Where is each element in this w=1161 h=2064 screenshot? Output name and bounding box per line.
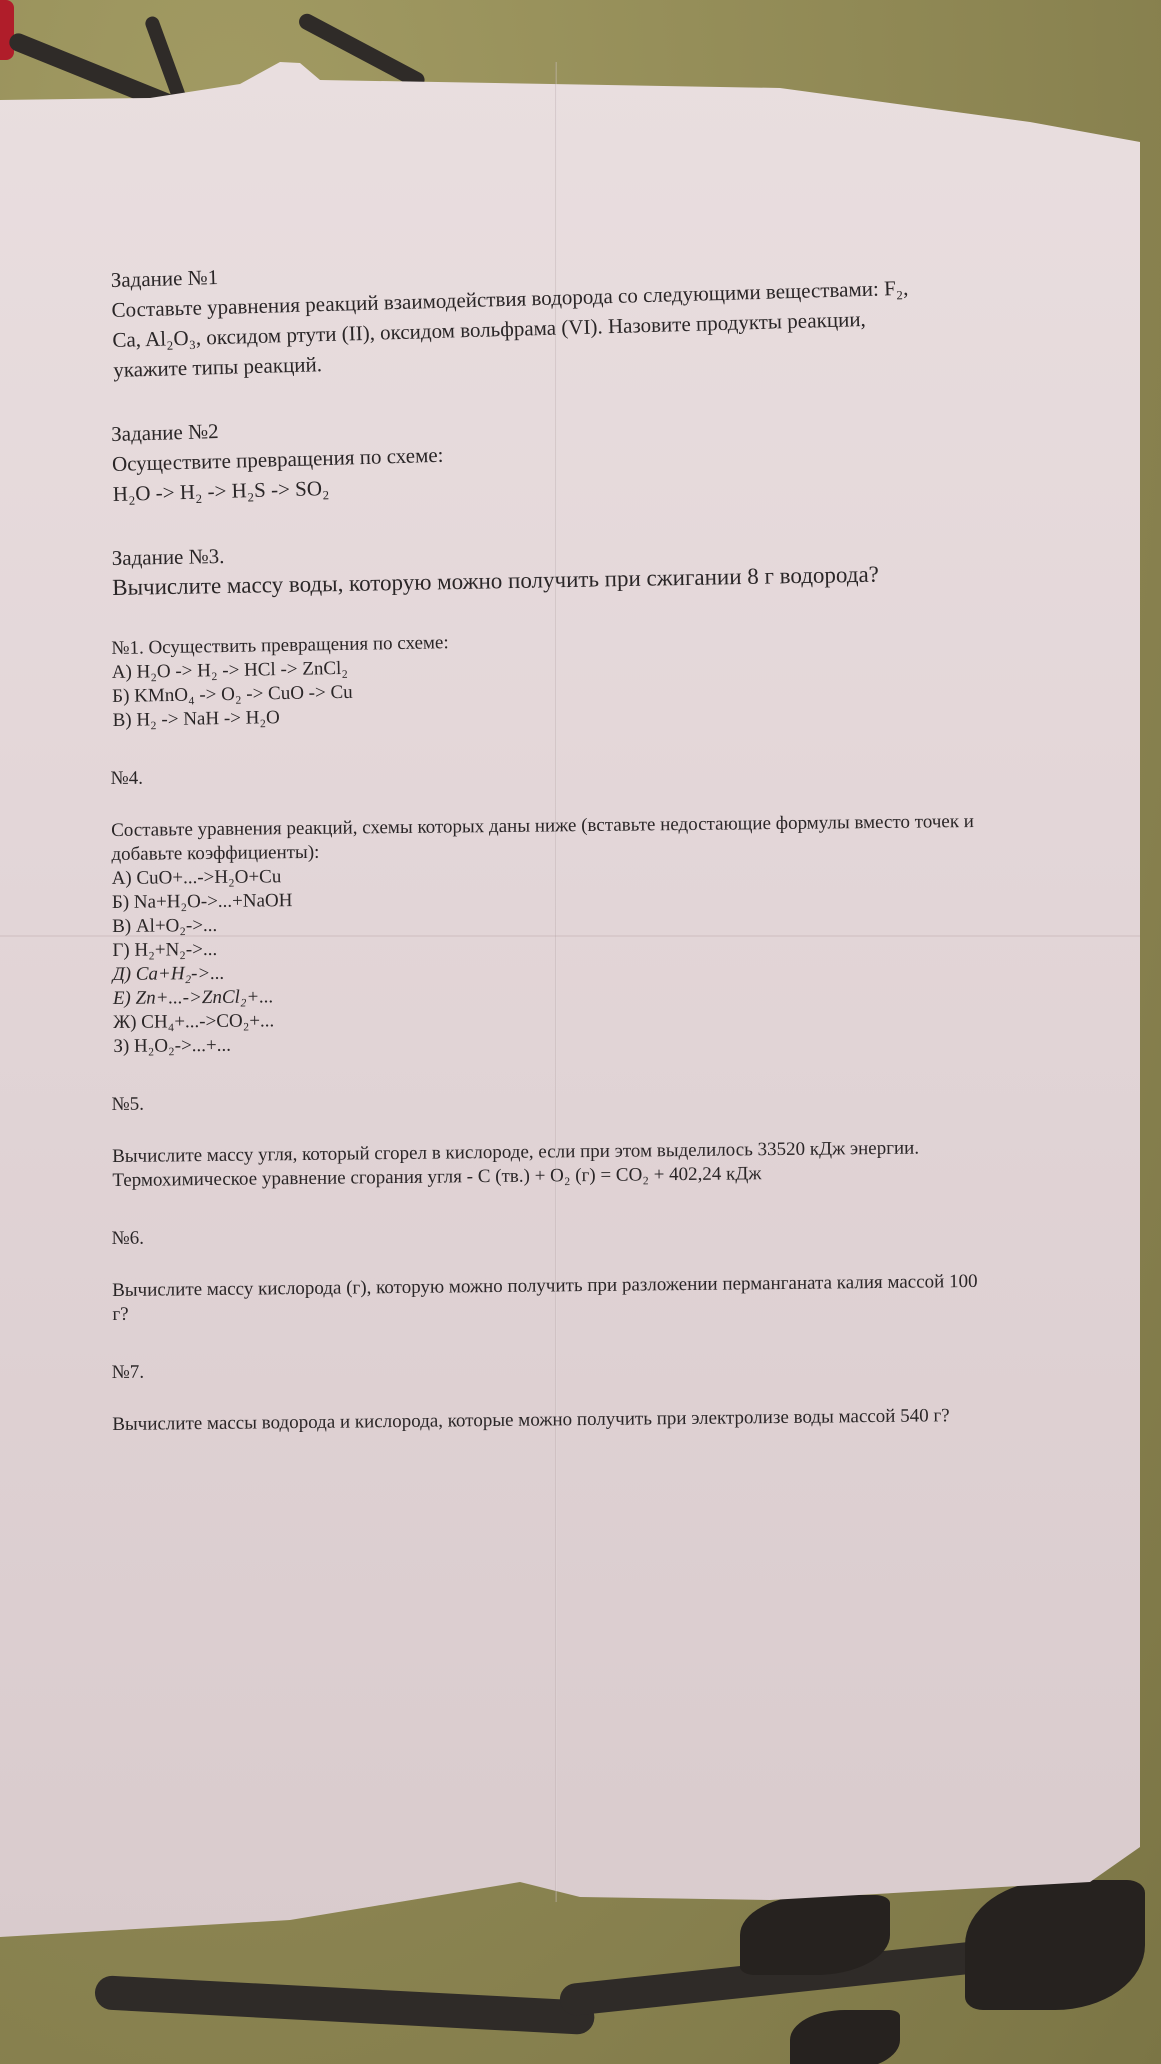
exercise-4: №4. Составьте уравнения реакций, схемы к… bbox=[110, 757, 1073, 1059]
task-3: Задание №3. Вычислите массу воды, котору… bbox=[111, 526, 1072, 603]
task-2: Задание №2 Осуществите превращения по сх… bbox=[111, 392, 1073, 509]
exercise-1: №1. Осуществить превращения по схеме: А)… bbox=[111, 620, 1073, 733]
exercise-6: №6. Вычислите массу кислорода (г), котор… bbox=[111, 1217, 1072, 1327]
leaf-pattern bbox=[740, 1895, 890, 1975]
exercise-7: №7. Вычислите массы водорода и кислорода… bbox=[112, 1351, 1073, 1437]
exercise-5: №5. Вычислите массу угля, который сгорел… bbox=[111, 1083, 1072, 1193]
worksheet-content: Задание №1 Составьте уравнения реакций в… bbox=[112, 265, 1072, 1471]
leaf-pattern bbox=[965, 1880, 1145, 2010]
flower-pattern bbox=[0, 0, 14, 60]
leaf-pattern bbox=[790, 2010, 900, 2064]
task-1: Задание №1 Составьте уравнения реакций в… bbox=[110, 238, 1073, 385]
